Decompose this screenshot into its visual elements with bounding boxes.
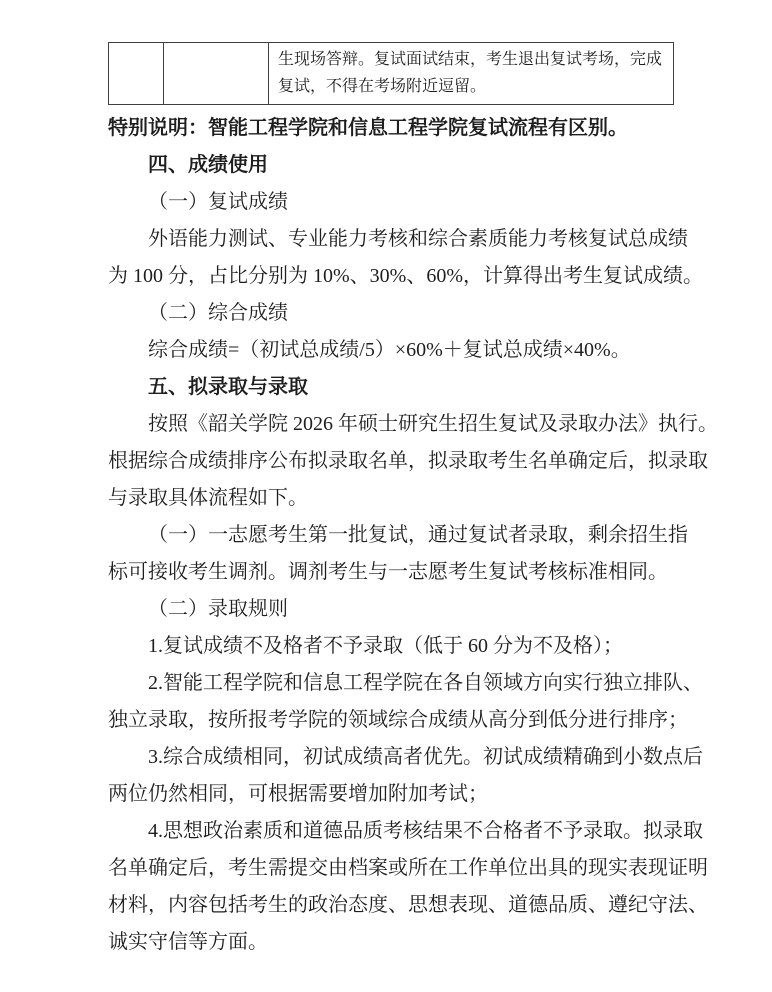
- text-line: 诚实守信等方面。: [108, 924, 664, 961]
- text-line: 四、成绩使用: [108, 147, 664, 184]
- text-line: 五、拟录取与录取: [108, 369, 664, 406]
- text-line: 按照《韶关学院 2026 年硕士研究生招生复试及录取办法》执行。: [108, 406, 664, 443]
- text-line: 标可接收考生调剂。调剂考生与一志愿考生复试考核标准相同。: [108, 554, 664, 591]
- table-cell-empty-1: [109, 43, 164, 105]
- document-page: 生现场答辩。复试面试结束，考生退出复试考场，完成 复试，不得在考场附近逗留。 特…: [0, 0, 772, 992]
- text-line: 外语能力测试、专业能力考核和综合素质能力考核复试总成绩: [108, 221, 664, 258]
- text-line: 为 100 分，占比分别为 10%、30%、60%，计算得出考生复试成绩。: [108, 258, 664, 295]
- text-line: 2.智能工程学院和信息工程学院在各自领域方向实行独立排队、: [108, 665, 664, 702]
- text-line: （一）复试成绩: [108, 184, 664, 221]
- text-line: 根据综合成绩排序公布拟录取名单，拟录取考生名单确定后，拟录取: [108, 443, 664, 480]
- table-cell-line: 复试，不得在考场附近逗留。: [278, 73, 667, 100]
- text-line: 4.思想政治素质和道德品质考核结果不合格者不予录取。拟录取: [108, 813, 664, 850]
- text-line: 两位仍然相同，可根据需要增加附加考试；: [108, 776, 664, 813]
- table-cell-empty-2: [164, 43, 269, 105]
- text-line: 综合成绩=（初试总成绩/5）×60%＋复试总成绩×40%。: [108, 332, 664, 369]
- table-row: 生现场答辩。复试面试结束，考生退出复试考场，完成 复试，不得在考场附近逗留。: [109, 43, 674, 105]
- text-line: 名单确定后，考生需提交由档案或所在工作单位出具的现实表现证明: [108, 850, 664, 887]
- table-cell-line: 生现场答辩。复试面试结束，考生退出复试考场，完成: [278, 46, 667, 73]
- text-line: 独立录取，按所报考学院的领域综合成绩从高分到低分进行排序；: [108, 702, 664, 739]
- text-line: （二）录取规则: [108, 591, 664, 628]
- text-line: （二）综合成绩: [108, 295, 664, 332]
- text-line: 与录取具体流程如下。: [108, 480, 664, 517]
- text-line: 1.复试成绩不及格者不予录取（低于 60 分为不及格）；: [108, 628, 664, 665]
- text-line: （一）一志愿考生第一批复试，通过复试者录取，剩余招生指: [108, 517, 664, 554]
- table-cell-procedure-text: 生现场答辩。复试面试结束，考生退出复试考场，完成 复试，不得在考场附近逗留。: [269, 43, 674, 105]
- text-line: 3.综合成绩相同，初试成绩高者优先。初试成绩精确到小数点后: [108, 739, 664, 776]
- text-line: 材料，内容包括考生的政治态度、思想表现、道德品质、遵纪守法、: [108, 887, 664, 924]
- document-body-text: 特别说明：智能工程学院和信息工程学院复试流程有区别。四、成绩使用（一）复试成绩外…: [108, 110, 664, 961]
- resit-procedure-table-fragment: 生现场答辩。复试面试结束，考生退出复试考场，完成 复试，不得在考场附近逗留。: [108, 42, 674, 105]
- text-line: 特别说明：智能工程学院和信息工程学院复试流程有区别。: [108, 110, 664, 147]
